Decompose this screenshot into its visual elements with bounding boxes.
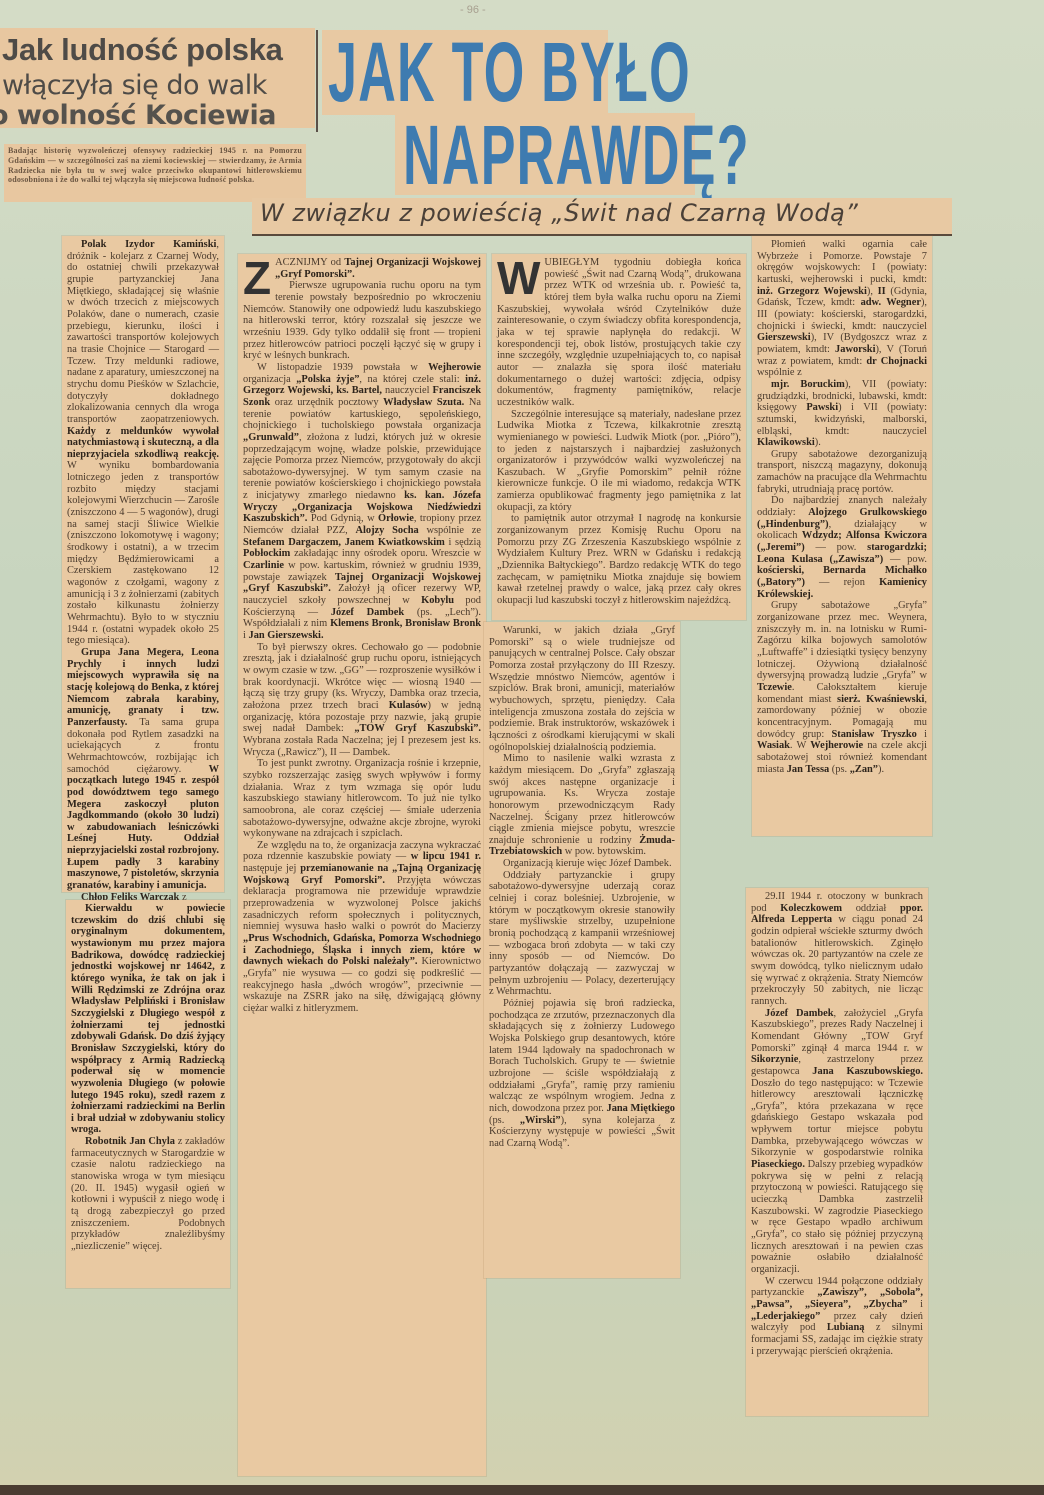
column-rule [316,30,318,132]
paragraph: Mimo to nasilenie walki wzrasta z każdym… [489,753,675,858]
article-col2: Z ACZNIJMY od Tajnej Organizacji Wojskow… [238,254,486,1476]
article-col3-top-body: UBIEGŁYM tygodniu dobiegła końca powieść… [497,257,741,607]
article-col3-top: W UBIEGŁYM tygodniu dobiegła końca powie… [492,254,746,620]
paragraph: Robotnik Jan Chyla z zakładów farmaceuty… [71,1136,225,1253]
subheadline-clipping: W związku z powieścią „Świt nad Czarną W… [252,198,952,236]
paragraph: To jest punkt zwrotny. Organizacja rośni… [243,758,481,840]
paragraph: Warunki, w jakich działa „Gryf Pomorski”… [489,625,675,753]
paragraph: Józef Dambek, założyciel „Gryfa Kaszubsk… [751,1008,923,1276]
headline-left-line2: włączyła się do walk [2,70,267,101]
paragraph: Później pojawia się broń radziecka, poch… [489,998,675,1150]
drop-cap-z: Z [243,259,271,297]
paragraph: to pamiętnik autor otrzymał I nagrodę na… [497,513,741,606]
paragraph: Polak Izydor Kamiński, dróżnik - kolejar… [67,239,219,647]
page-bottom-edge [0,1485,1044,1495]
paragraph: Do najbardziej znanych należały oddziały… [757,495,927,600]
paragraph: Grupy sabotażowe „Gryfa” zorganizowane p… [757,600,927,775]
intro-lead: Badając historię wyzwoleńczej ofensywy r… [4,144,306,202]
paragraph: Ze względu na to, że organizacja zaczyna… [243,840,481,1015]
article-col3-bottom: Warunki, w jakich działa „Gryf Pomorski”… [484,622,680,1278]
article-col1-top-body: Polak Izydor Kamiński, dróżnik - kolejar… [67,239,219,903]
headline-left-clipping: Jak ludność polska włączyła się do walk … [0,28,315,128]
page-number: - 96 - [460,4,486,16]
paragraph: Pierwsze ugrupowania ruchu oporu na tym … [243,280,481,362]
paragraph: Grupy sabotażowe dezorganizują transport… [757,449,927,496]
article-col3-bottom-body: Warunki, w jakich działa „Gryf Pomorski”… [489,625,675,1150]
big-headline-line2-clipping: NAPRAWDĘ? [395,113,695,195]
paragraph: Płomień walki ogarnia całe Wybrzeże i Po… [757,239,927,379]
paragraph: Kierwałdu w powiecie tczewskim do dziś c… [71,903,225,1136]
big-headline-line2: NAPRAWDĘ? [403,107,750,204]
headline-left-line1: Jak ludność polska [2,32,283,68]
headline-left-line3: o wolność Kociewia [0,100,276,131]
big-headline-line1-clipping: JAK TO BYŁO [322,30,608,115]
article-col4-top: Płomień walki ogarnia całe Wybrzeże i Po… [752,236,932,836]
paragraph: Organizacją kieruje więc Józef Dambek. [489,858,675,870]
paragraph: 29.II 1944 r. otoczony w bunkrach pod Ko… [751,891,923,1008]
article-col1-bottom: Kierwałdu w powiecie tczewskim do dziś c… [66,900,230,1288]
article-col1-bottom-body: Kierwałdu w powiecie tczewskim do dziś c… [71,903,225,1253]
subheadline: W związku z powieścią „Świt nad Czarną W… [260,199,858,227]
article-col4-top-body: Płomień walki ogarnia całe Wybrzeże i Po… [757,239,927,775]
paragraph: W listopadzie 1939 powstała w Wejherowie… [243,362,481,642]
paragraph: Oddziały partyzanckie i grupy sabotażowo… [489,870,675,998]
paragraph: ACZNIJMY od Tajnej Organizacji Wojskowej… [243,257,481,280]
drop-cap-w: W [497,259,540,297]
article-col1-top: Polak Izydor Kamiński, dróżnik - kolejar… [62,236,224,892]
article-col4-bottom: 29.II 1944 r. otoczony w bunkrach pod Ko… [746,888,928,1416]
paragraph: W czerwcu 1944 połączone oddziały partyz… [751,1276,923,1358]
paragraph: To był pierwszy okres. Cechowało go — po… [243,642,481,759]
article-col2-body: ACZNIJMY od Tajnej Organizacji Wojskowej… [243,257,481,1015]
paragraph: Grupa Jana Megera, Leona Prychly i innyc… [67,647,219,892]
article-col4-bottom-body: 29.II 1944 r. otoczony w bunkrach pod Ko… [751,891,923,1357]
paragraph: Szczególnie interesujące są materiały, n… [497,409,741,514]
paragraph: mjr. Boruckim), VII (powiaty: grudziądzk… [757,379,927,449]
